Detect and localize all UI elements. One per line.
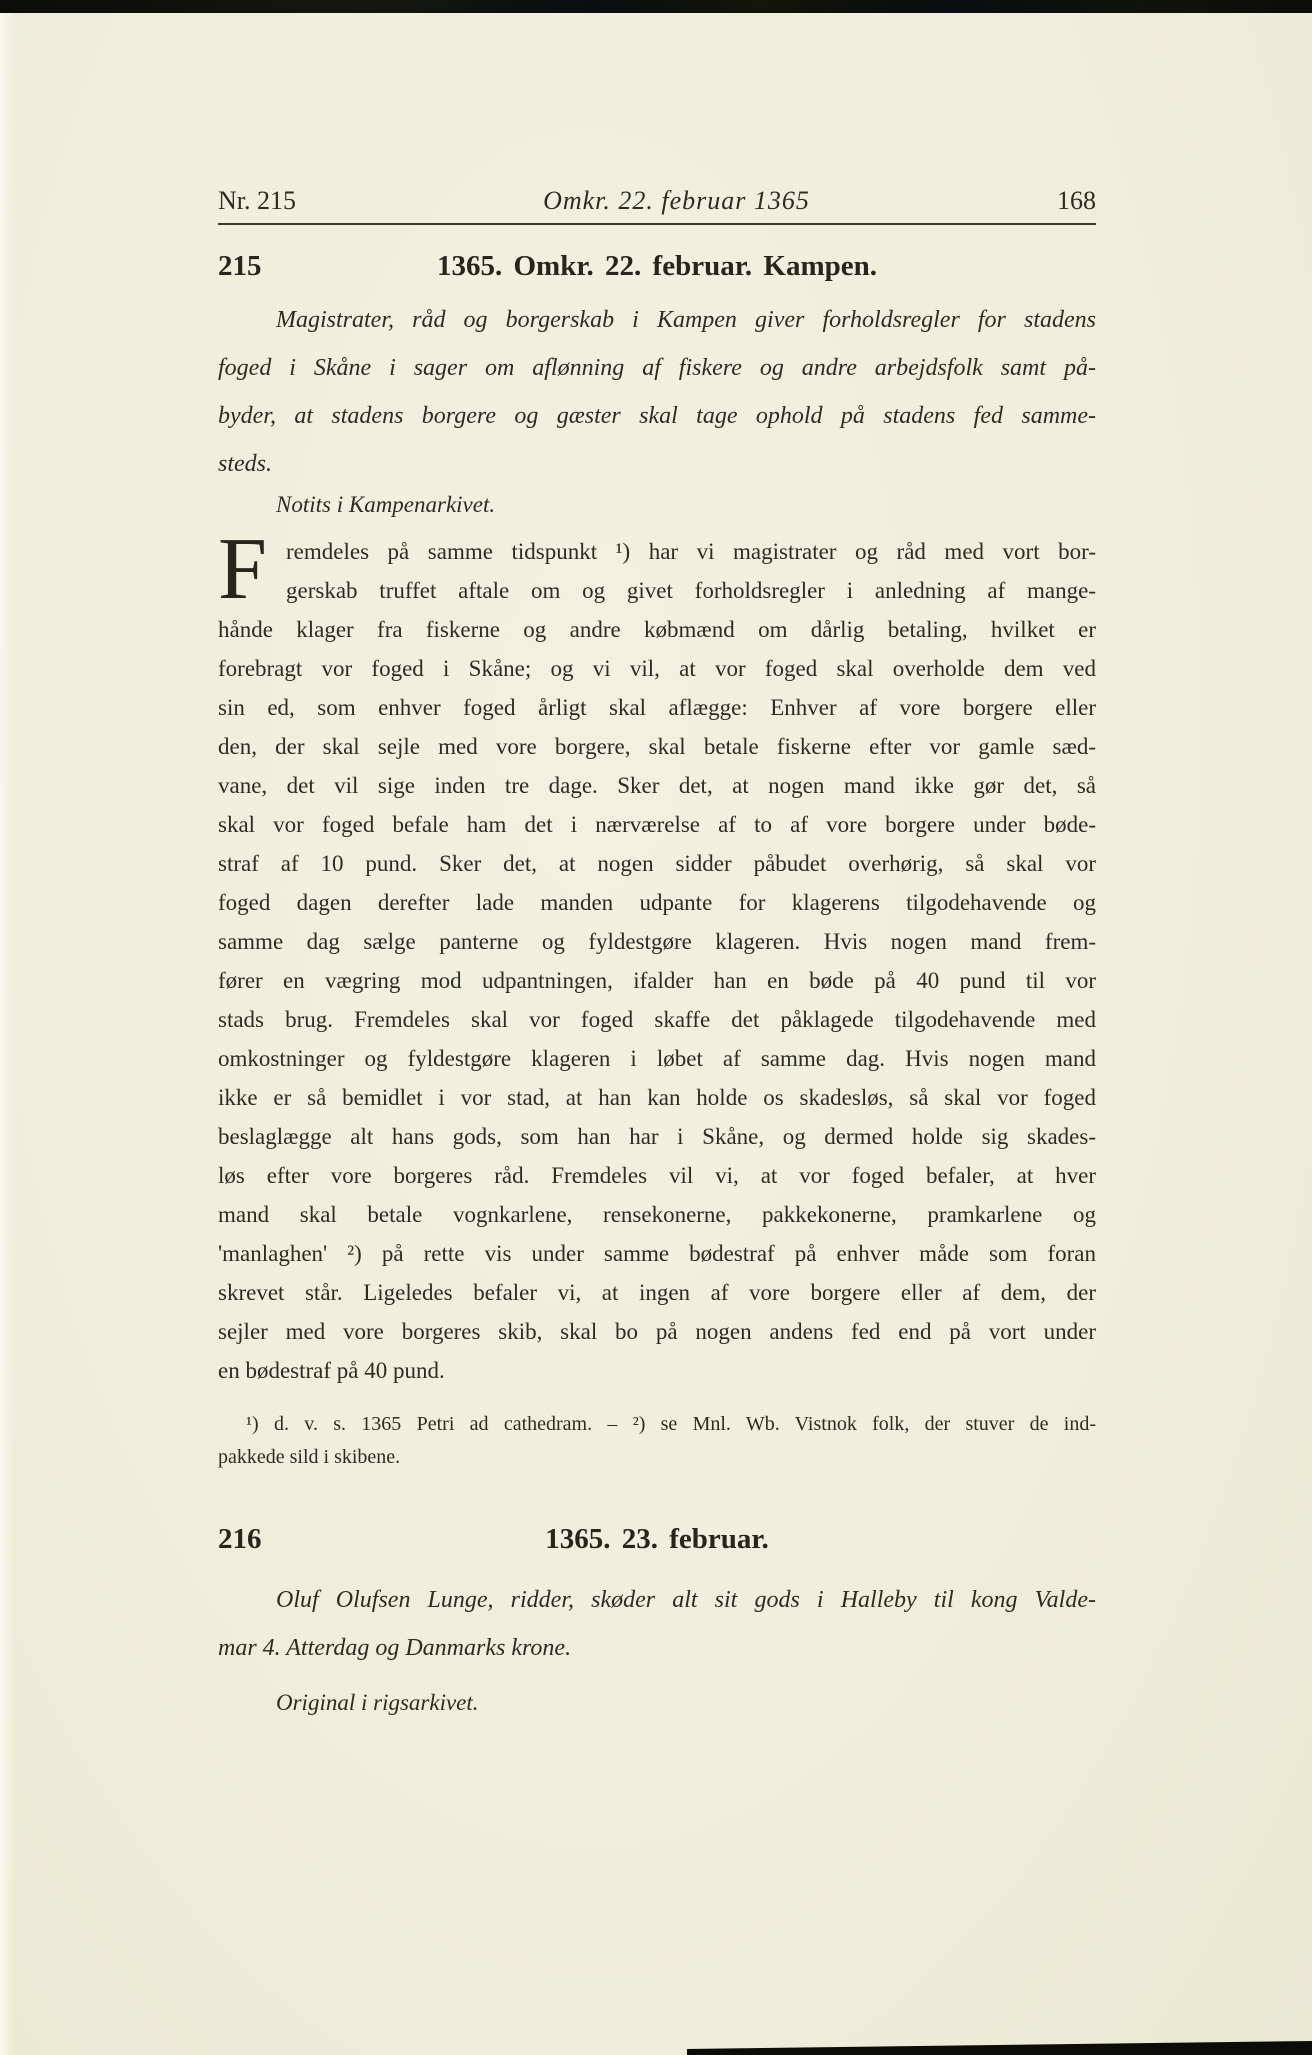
running-title: Omkr. 22. februar 1365 xyxy=(543,186,810,216)
entry-216-archive-note: Original i rigsarkivet. xyxy=(218,1688,1096,1718)
summary-line: Oluf Olufsen Lunge, ridder, skøder alt s… xyxy=(218,1576,1096,1624)
body-line: skal vor foged befale ham det i nærværel… xyxy=(218,805,1096,844)
scan-left-edge xyxy=(0,13,16,2055)
footnote-line: pakkede sild i skibene. xyxy=(218,1441,1096,1474)
summary-line: foged i Skåne i sager om aflønning af fi… xyxy=(218,344,1096,392)
entry-215-footnotes: ¹) d. v. s. 1365 Petri ad cathedram. – ²… xyxy=(218,1408,1096,1474)
body-line: gerskab truffet aftale om og givet forho… xyxy=(218,571,1096,610)
body-line: sin ed, som enhver foged årligt skal afl… xyxy=(218,688,1096,727)
body-line: hånde klager fra fiskerne og andre købmæ… xyxy=(218,610,1096,649)
entry-216-heading-row: 216 1365. 23. februar. xyxy=(218,1522,1096,1556)
body-line: 'manlaghen' ²) på rette vis under samme … xyxy=(218,1234,1096,1273)
entry-215-heading: 1365. Omkr. 22. februar. Kampen. xyxy=(437,250,877,282)
entry-216-heading: 1365. 23. februar. xyxy=(545,1523,769,1555)
body-line: sejler med vore borgeres skib, skal bo p… xyxy=(218,1312,1096,1351)
body-line: omkostninger og fyldestgøre klageren i l… xyxy=(218,1039,1096,1078)
body-line: stads brug. Fremdeles skal vor foged ska… xyxy=(218,1000,1096,1039)
drop-cap: F xyxy=(218,532,276,610)
body-line: en bødestraf på 40 pund. xyxy=(218,1351,1096,1390)
body-line: skrevet står. Ligeledes befaler vi, at i… xyxy=(218,1273,1096,1312)
page-content: Nr. 215 Omkr. 22. februar 1365 168 215 1… xyxy=(218,0,1096,1718)
header-rule xyxy=(218,223,1096,225)
summary-line: mar 4. Atterdag og Danmarks krone. xyxy=(218,1624,1096,1672)
scan-bottom-edge xyxy=(687,2035,1312,2055)
running-header: Nr. 215 Omkr. 22. februar 1365 168 xyxy=(218,186,1096,216)
body-line: fører en vægring mod udpantningen, ifald… xyxy=(218,961,1096,1000)
entry-215-summary: Magistrater, råd og borgerskab i Kampen … xyxy=(218,296,1096,488)
entry-216-number: 216 xyxy=(218,1522,262,1556)
header-entry-number: Nr. 215 xyxy=(218,186,296,216)
body-line: vane, det vil sige inden tre dage. Sker … xyxy=(218,766,1096,805)
scanned-book-page: Nr. 215 Omkr. 22. februar 1365 168 215 1… xyxy=(0,0,1312,2055)
body-line: ikke er så bemidlet i vor stad, at han k… xyxy=(218,1078,1096,1117)
body-line: beslaglægge alt hans gods, som han har i… xyxy=(218,1117,1096,1156)
body-line: straf af 10 pund. Sker det, at nogen sid… xyxy=(218,844,1096,883)
summary-line: steds. xyxy=(218,440,1096,488)
summary-line: byder, at stadens borgere og gæster skal… xyxy=(218,392,1096,440)
body-line: foged dagen derefter lade manden udpante… xyxy=(218,883,1096,922)
body-line: samme dag sælge panterne og fyldestgøre … xyxy=(218,922,1096,961)
entry-215-body: F remdeles på samme tidspunkt ¹) har vi … xyxy=(218,532,1096,1390)
body-line: forebragt vor foged i Skåne; og vi vil, … xyxy=(218,649,1096,688)
page-number: 168 xyxy=(1057,186,1096,216)
entry-215-number: 215 xyxy=(218,249,262,283)
body-line: remdeles på samme tidspunkt ¹) har vi ma… xyxy=(218,532,1096,571)
body-line: den, der skal sejle med vore borgere, sk… xyxy=(218,727,1096,766)
summary-line: Magistrater, råd og borgerskab i Kampen … xyxy=(218,296,1096,344)
entry-216-summary: Oluf Olufsen Lunge, ridder, skøder alt s… xyxy=(218,1576,1096,1672)
body-line: mand skal betale vognkarlene, rensekoner… xyxy=(218,1195,1096,1234)
entry-215-heading-row: 215 1365. Omkr. 22. februar. Kampen. xyxy=(218,249,1096,283)
body-line: løs efter vore borgeres råd. Fremdeles v… xyxy=(218,1156,1096,1195)
entry-215-archive-note: Notits i Kampenarkivet. xyxy=(218,490,1096,520)
footnote-line: ¹) d. v. s. 1365 Petri ad cathedram. – ²… xyxy=(218,1408,1096,1441)
